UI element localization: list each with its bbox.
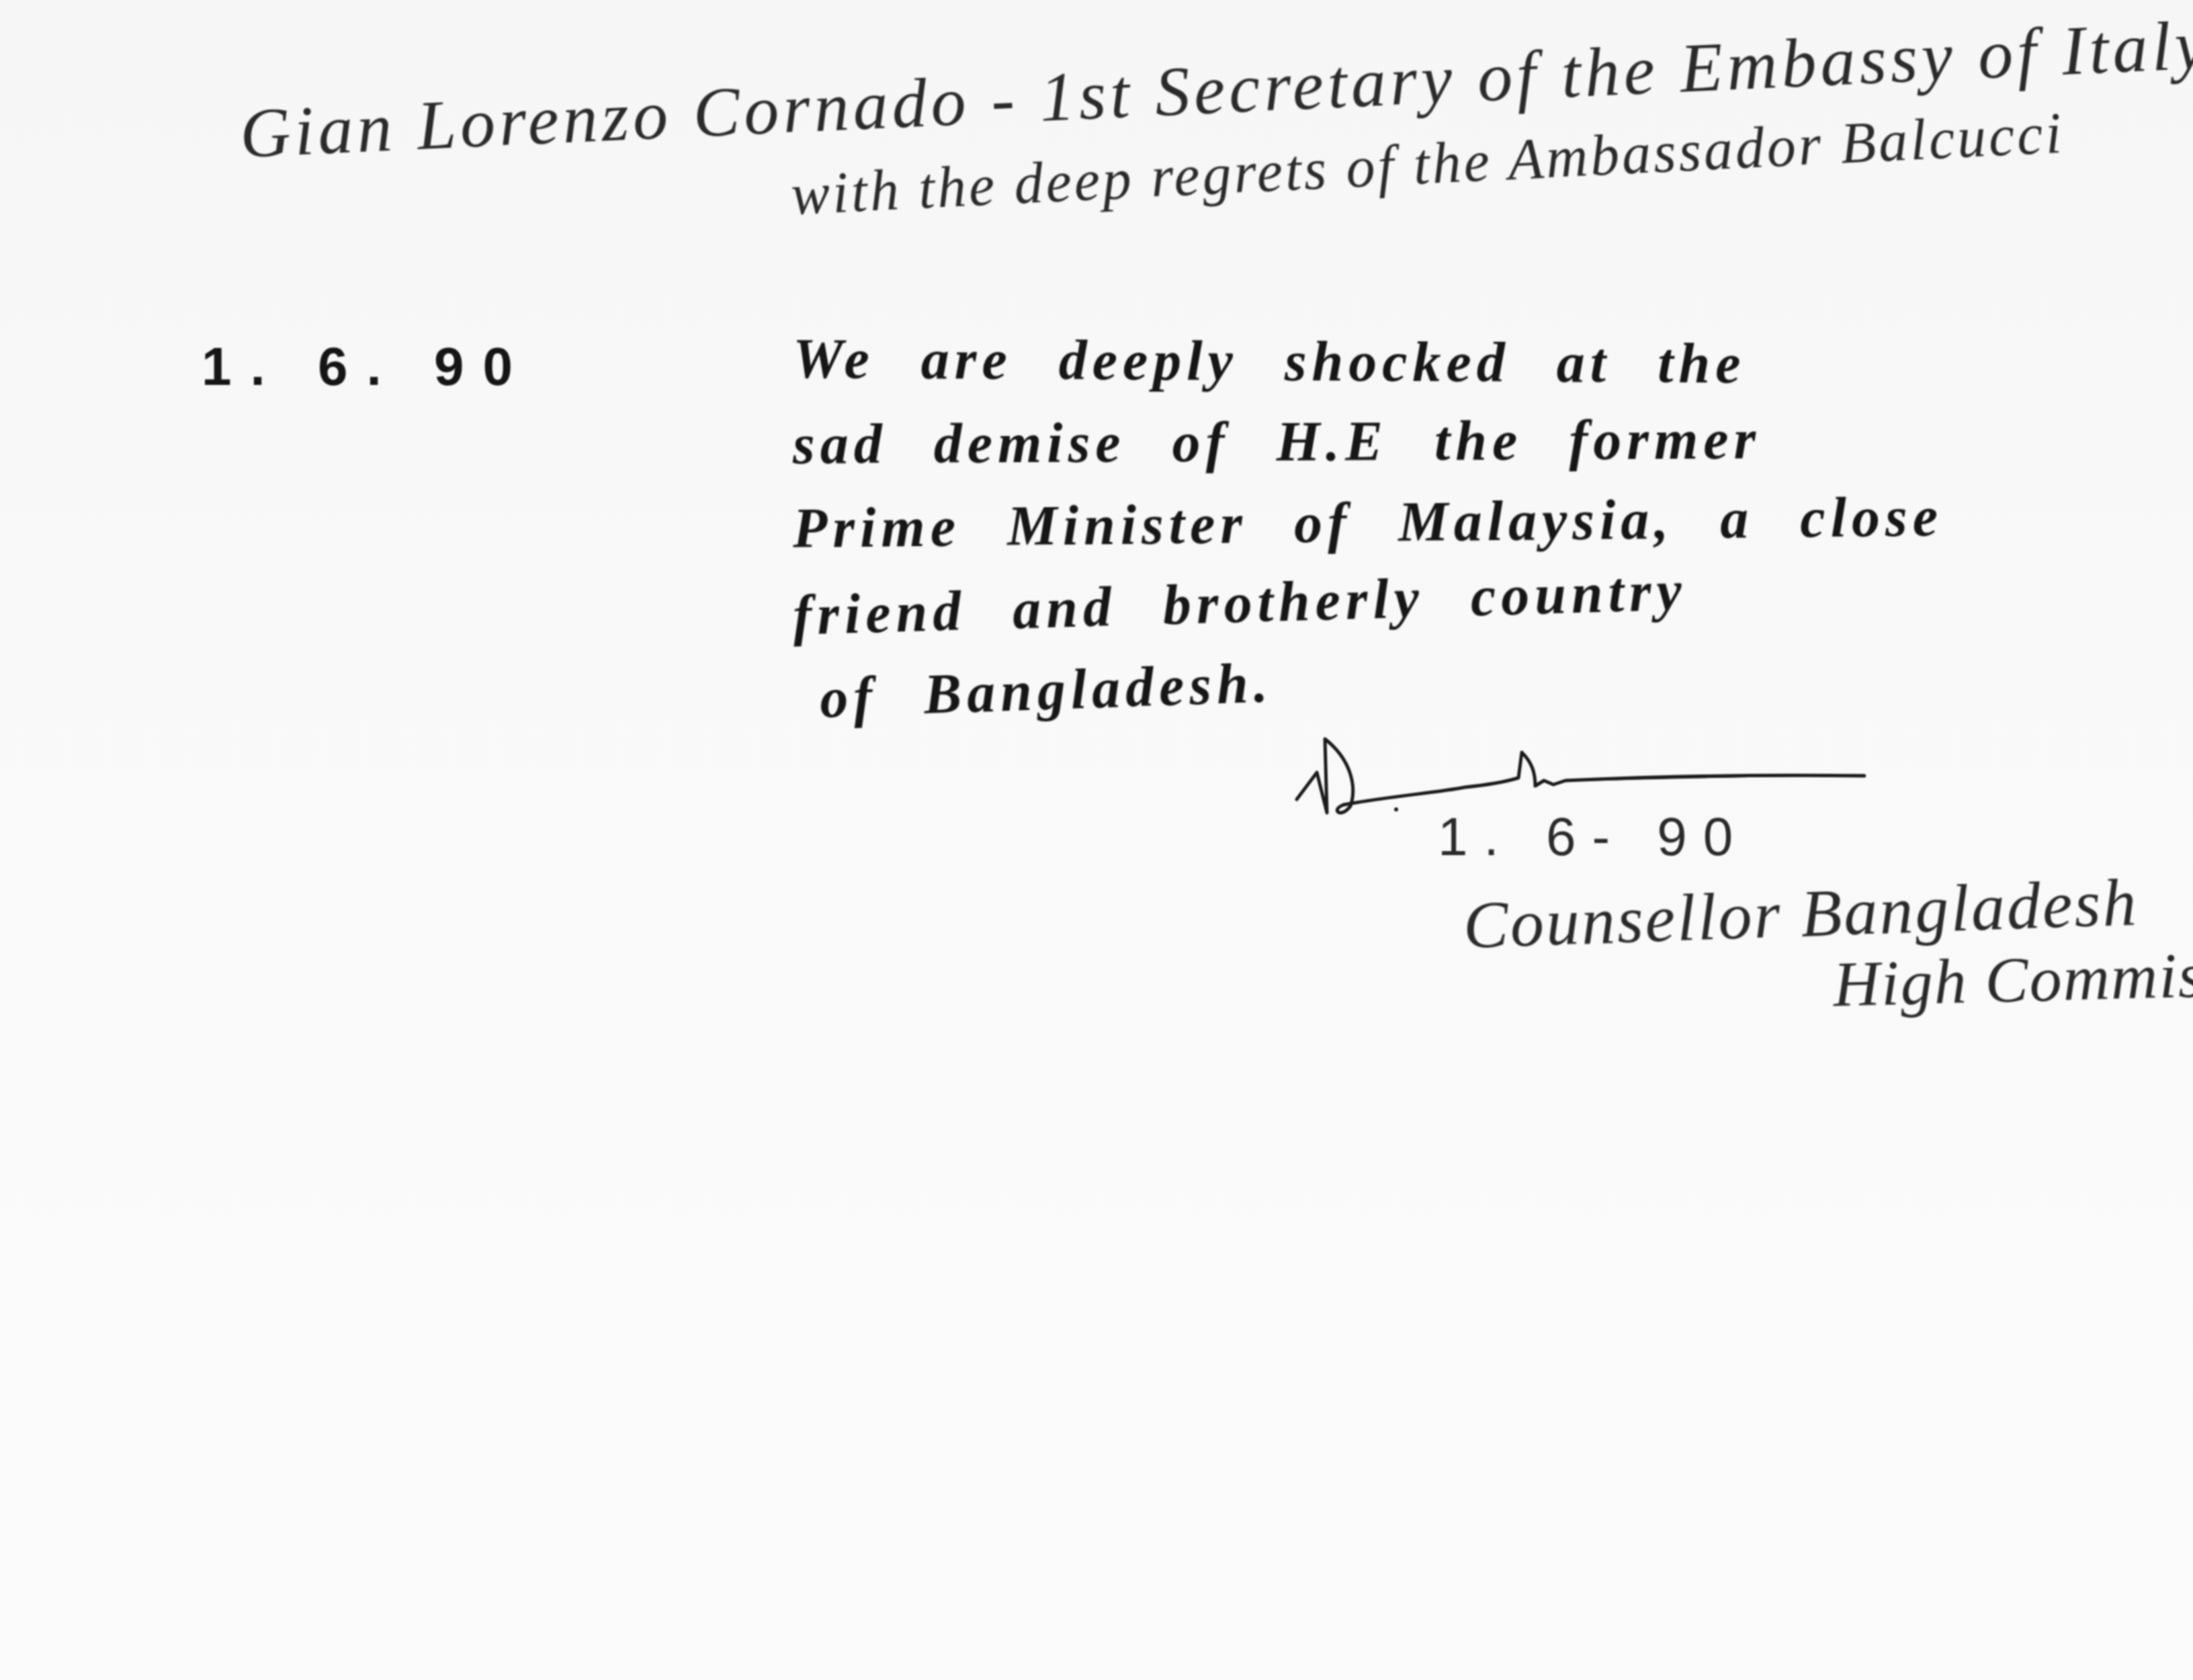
- signature-scrawl: signature: [1290, 725, 1868, 820]
- message-line: friend and brotherly country: [792, 558, 1688, 648]
- entry-date: 1. 6. 90: [202, 336, 531, 398]
- message-line: We are deeply shocked at the: [793, 326, 1746, 396]
- signer-organization: High Commission: [1832, 934, 2193, 1022]
- message-line: of Bangladesh.: [819, 650, 1275, 731]
- message-line: Prime Minister of Malaysia, a close: [793, 484, 1944, 562]
- signature-date: 1. 6- 90: [1438, 806, 1749, 868]
- message-line: sad demise of H.E the former: [793, 407, 1762, 478]
- guestbook-page: Gian Lorenzo Cornado - 1st Secretary of …: [0, 0, 2193, 1680]
